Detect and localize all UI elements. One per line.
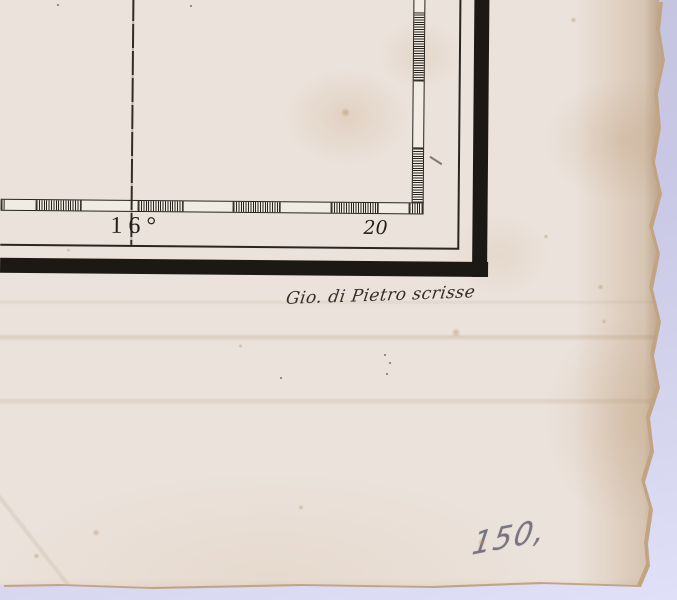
foxing-spot (477, 539, 486, 546)
minute-ticks-segment (138, 201, 184, 211)
ink-speck (384, 354, 386, 356)
outer-border-bottom (0, 258, 488, 277)
graduated-border-right (412, 0, 426, 203)
foxing-spot (340, 108, 351, 117)
longitude-label-16: 16° (110, 213, 162, 240)
minute-ticks-segment (414, 12, 425, 81)
foxing-spot (543, 234, 549, 239)
minute-ticks-segment (233, 202, 281, 212)
map-paper-sheet: 16° 20 Gio. di Pietro scrisse 150, (0, 0, 677, 600)
foxing-spot (66, 248, 71, 252)
photo-of-antique-map: { "colors": { "backdrop": "#c9c9e6", "pa… (0, 0, 677, 600)
inner-border-line-right (457, 0, 461, 249)
foxing-spot (298, 505, 304, 510)
longitude-label-20: 20 (363, 217, 387, 239)
ink-speck (389, 362, 391, 364)
minute-ticks-segment (1, 200, 5, 210)
ink-speck (190, 5, 192, 7)
foxing-spot (601, 319, 607, 324)
minute-ticks-segment (36, 200, 82, 210)
engraver-signature: Gio. di Pietro scrisse (285, 281, 508, 309)
ink-speck (386, 373, 388, 375)
foxing-spot (33, 553, 40, 559)
outer-border-right (472, 0, 489, 277)
foxing-spot (570, 17, 577, 23)
foxing-spot (238, 344, 243, 348)
minute-ticks-segment (409, 203, 423, 213)
ink-speck (57, 4, 59, 6)
foxing-spot (597, 284, 604, 290)
pencil-number-annotation: 150, (470, 512, 549, 563)
graduated-border-bottom (1, 199, 424, 215)
map-neatline-frame: 16° 20 (0, 0, 489, 277)
scratch-mark (430, 156, 443, 165)
minute-ticks-segment (331, 203, 379, 213)
foxing-spot (451, 328, 461, 337)
foxing-spot (92, 529, 100, 536)
minute-ticks-segment (413, 147, 423, 203)
ink-speck (280, 377, 282, 379)
